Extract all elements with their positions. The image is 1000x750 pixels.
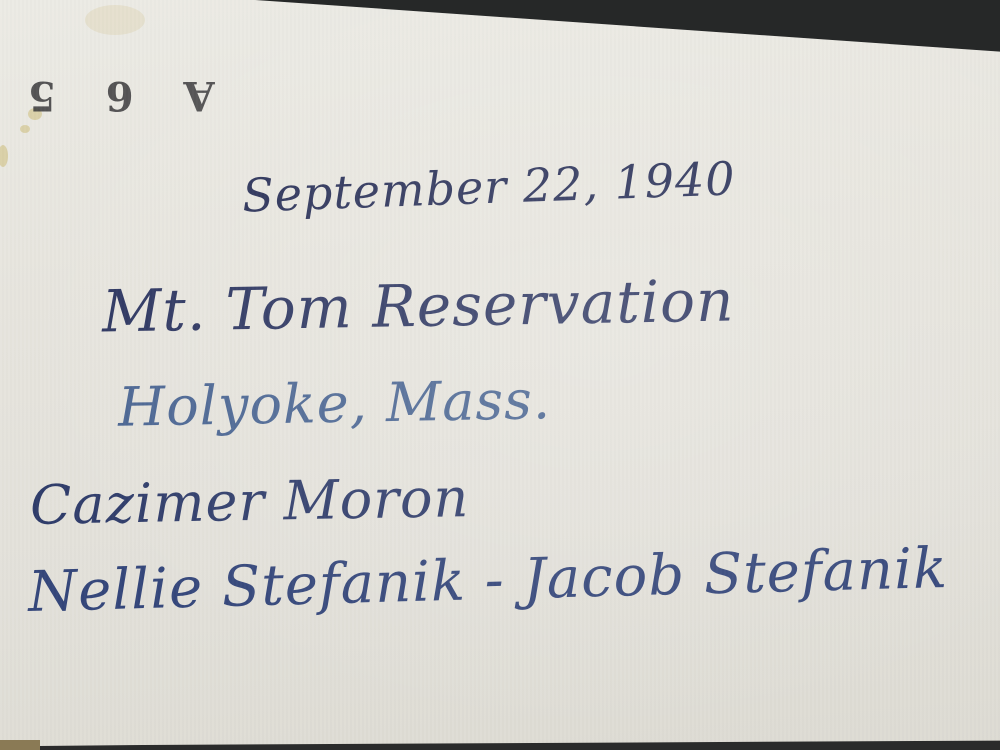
- handwritten-place: Mt. Tom Reservation: [101, 266, 734, 345]
- handwritten-name-line-2: Nellie Stefanik - Jacob Stefanik: [27, 536, 948, 625]
- stain-spot: [85, 5, 145, 35]
- stain-spot: [0, 145, 8, 167]
- handwritten-date: September 22, 1940: [241, 151, 736, 222]
- card-corner-edge: [0, 740, 40, 750]
- handwritten-name-line-1: Cazimer Moron: [29, 466, 469, 537]
- stain-spot: [20, 125, 30, 133]
- paper-card: A 6 5 September 22, 1940 Mt. Tom Reserva…: [0, 0, 1000, 748]
- handwritten-city: Holyoke, Mass.: [117, 368, 551, 439]
- inventory-stamp: A 6 5: [10, 72, 215, 119]
